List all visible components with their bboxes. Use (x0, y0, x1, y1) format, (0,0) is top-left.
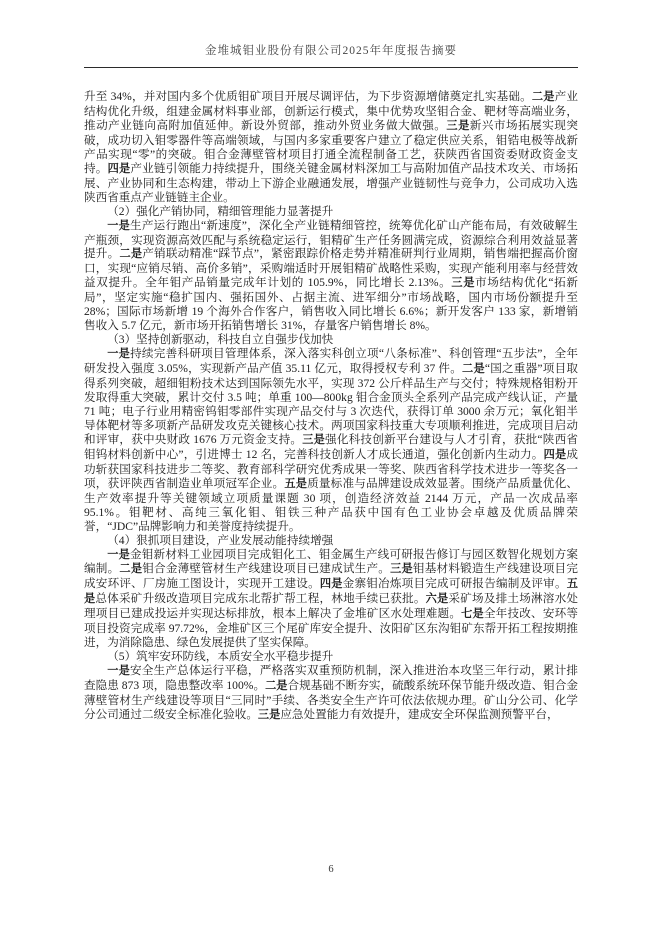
page-footer: 6 (0, 864, 662, 875)
text-run: 应急处置能力有效提升，建成安全环保监测预警平台， (280, 708, 558, 721)
bold-text-run: 四是 (320, 578, 343, 590)
text-run: 总体采矿升级改造项目完成东北帮扩帮工程，林地手续已获批。 (95, 592, 425, 605)
bold-text-run: 三是 (302, 434, 325, 446)
bold-text-run: 三是 (390, 563, 413, 575)
body-paragraph: 升至 34%，并对国内多个优质钼矿项目开展尽调评估，为下步资源增储奠定扎实基础。… (84, 90, 578, 205)
bold-text-run: 六是 (426, 593, 449, 605)
bold-text-run: 一是 (107, 549, 130, 561)
section-heading: （3）坚持创新驱动，科技自立自强步伐加快 (84, 333, 578, 347)
section-heading: （2）强化产销协同，精细管理能力显著提升 (84, 205, 578, 219)
bold-text-run: 五是 (284, 478, 307, 490)
bold-text-run: 一是 (107, 665, 130, 677)
bold-text-run: 一是 (107, 220, 130, 232)
body-paragraph: 一是生产运行跑出“新速度”，深化全产业链精细管控，统筹优化矿山产能布局，有效破解… (84, 219, 578, 334)
report-header-title: 金堆城钼业股份有限公司2025年年度报告摘要 (84, 42, 578, 58)
document-body: 升至 34%，并对国内多个优质钼矿项目开展尽调评估，为下步资源增储奠定扎实基础。… (84, 90, 578, 723)
body-paragraph: 一是金钼新材料工业园项目完成钼化工、钼金属生产线可研报告修订与园区数智化规划方案… (84, 548, 578, 651)
text-run: （2）强化产销协同，精细管理能力显著提升 (107, 205, 333, 218)
text-run: （3）坚持创新驱动，科技自立自强步伐加快 (107, 333, 333, 346)
report-page: 金堆城钼业股份有限公司2025年年度报告摘要 升至 34%，并对国内多个优质钼矿… (0, 0, 662, 936)
bold-text-run: 四是 (544, 449, 567, 461)
page-header: 金堆城钼业股份有限公司2025年年度报告摘要 (84, 42, 578, 68)
bold-text-run: 二是 (462, 363, 485, 375)
text-run: （4）狠抓项目建设，产业发展动能持续增强 (107, 534, 333, 547)
text-run: （5）筑牢安环防线，本质安全水平稳步提升 (107, 650, 333, 663)
section-heading: （4）狠抓项目建设，产业发展动能持续增强 (84, 534, 578, 548)
section-heading: （5）筑牢安环防线，本质安全水平稳步提升 (84, 650, 578, 664)
bold-text-run: 二是 (265, 680, 287, 692)
bold-text-run: 一是 (107, 348, 130, 360)
body-paragraph: 一是安全生产总体运行平稳，严格落实双重预防机制，深入推进治本攻坚三年行动，累计排… (84, 664, 578, 723)
bold-text-run: 三是 (446, 120, 469, 132)
bold-text-run: 二是 (119, 248, 142, 260)
body-paragraph: 一是持续完善科研项目管理体系，深入落实科创立项“八条标准”、科创管理“五步法”，… (84, 347, 578, 533)
bold-text-run: 二是 (532, 91, 555, 103)
text-run: 金寨钼冶炼项目完成可研报告编制及评审。 (343, 577, 567, 590)
text-run: 升至 34%，并对国内多个优质钼矿项目开展尽调评估，为下步资源增储奠定扎实基础。 (84, 90, 532, 103)
bold-text-run: 四是 (108, 163, 131, 175)
bold-text-run: 三是 (451, 277, 475, 289)
bold-text-run: 二是 (119, 563, 142, 575)
page-number: 6 (328, 864, 333, 875)
bold-text-run: 七是 (461, 608, 484, 620)
text-run: 产业链引领能力持续提升，围绕关键金属材料深加工与高附加值产品技术攻关、市场拓展、… (84, 162, 578, 204)
text-run: 钼合金薄壁管材生产线建设项目已建成试生产。 (142, 562, 390, 575)
bold-text-run: 三是 (258, 709, 280, 721)
